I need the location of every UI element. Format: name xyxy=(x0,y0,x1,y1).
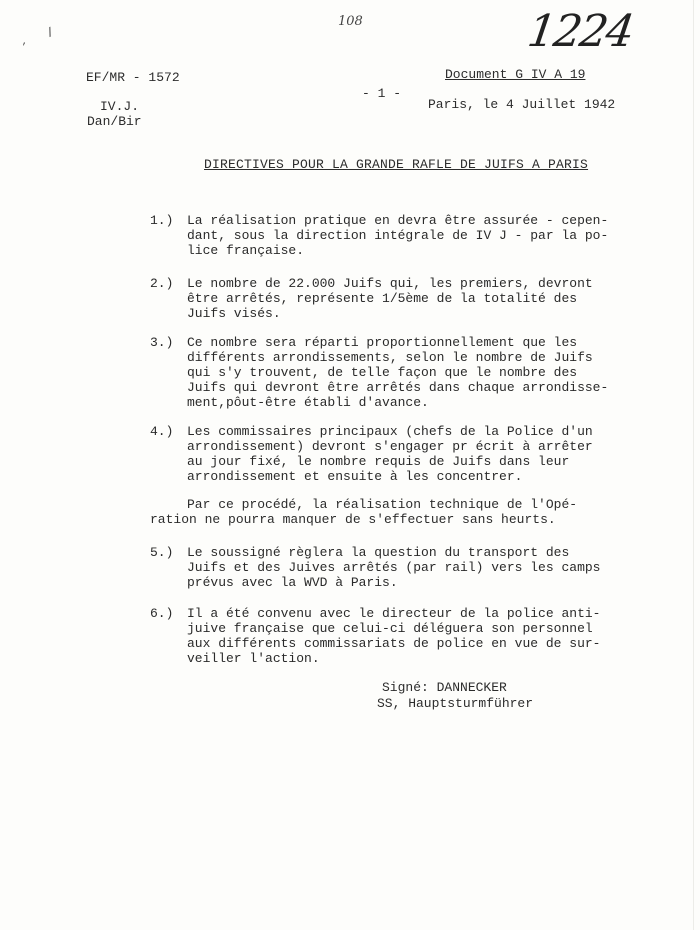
document-title: DIRECTIVES POUR LA GRANDE RAFLE DE JUIFS… xyxy=(204,157,588,172)
item-number: 5.) xyxy=(150,545,173,560)
item-text: La réalisation pratique en devra être as… xyxy=(187,213,608,258)
item-number: 2.) xyxy=(150,276,173,291)
handwritten-folio-number: 108 xyxy=(338,14,363,29)
item-number: 6.) xyxy=(150,606,173,621)
pen-tick-mark: / xyxy=(44,25,57,41)
document-id: Document G IV A 19 xyxy=(445,67,585,82)
signature-rank: SS, Hauptsturmführer xyxy=(377,696,533,711)
signature-name: Signé: DANNECKER xyxy=(382,680,507,695)
item-number: 3.) xyxy=(150,335,173,350)
page-edge xyxy=(693,0,694,930)
item-text: Le soussigné règlera la question du tran… xyxy=(187,545,600,590)
reference-number: EF/MR - 1572 xyxy=(86,70,180,85)
document-page: / , 108 1224 EF/MR - 1572 IV.J. Dan/Bir … xyxy=(0,0,700,930)
item-text: Le nombre de 22.000 Juifs qui, les premi… xyxy=(187,276,593,321)
department-code: IV.J. xyxy=(100,99,139,114)
pen-dot-mark: , xyxy=(22,37,27,47)
author-initials: Dan/Bir xyxy=(87,114,142,129)
item-number: 4.) xyxy=(150,424,173,439)
item-text: Il a été convenu avec le directeur de la… xyxy=(187,606,600,666)
item-text: Ce nombre sera réparti proportionnelleme… xyxy=(187,335,608,410)
handwritten-archive-number: 1224 xyxy=(524,6,635,57)
date-line: Paris, le 4 Juillet 1942 xyxy=(428,97,615,112)
item-text: Les commissaires principaux (chefs de la… xyxy=(187,424,593,484)
summary-paragraph: Par ce procédé, la réalisation technique… xyxy=(187,497,577,527)
page-number: - 1 - xyxy=(362,86,401,101)
item-number: 1.) xyxy=(150,213,173,228)
